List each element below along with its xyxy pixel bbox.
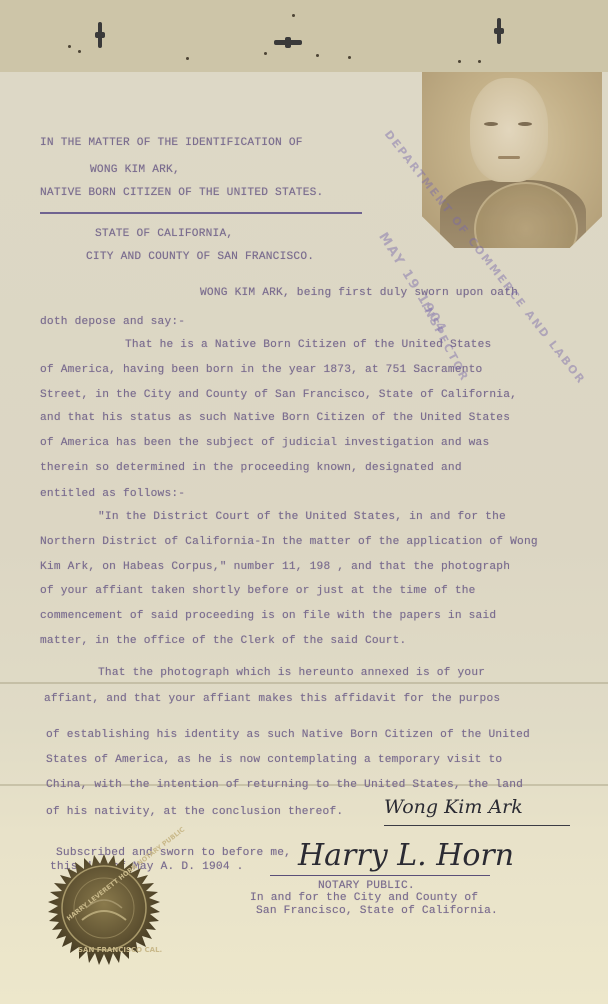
punch-hole (348, 56, 351, 59)
fastener-left-icon (98, 22, 102, 48)
body-line: Street, in the City and County of San Fr… (40, 389, 517, 401)
punch-hole (292, 14, 295, 17)
photo-eye (518, 122, 532, 126)
body-line: therein so determined in the proceeding … (40, 462, 462, 474)
caption-underline (40, 212, 362, 214)
body-line: commencement of said proceeding is on fi… (40, 610, 496, 622)
body-line: doth depose and say:- (40, 316, 185, 328)
notary-signature: Harry L. Horn (298, 838, 514, 873)
venue-line-2: CITY AND COUNTY OF SAN FRANCISCO. (86, 251, 314, 263)
photo-head (470, 78, 548, 182)
caption-line-1: IN THE MATTER OF THE IDENTIFICATION OF (40, 137, 303, 149)
binding-strip (0, 0, 608, 73)
body-line: entitled as follows:- (40, 488, 185, 500)
notary-title: NOTARY PUBLIC. (318, 880, 415, 892)
notary-signature-line (270, 875, 490, 876)
photo-mouth (498, 156, 520, 159)
body-line: China, with the intention of returning t… (46, 779, 523, 791)
seal-bottom-text: SAN FRANCISCO CAL. (78, 946, 162, 954)
caption-line-2: WONG KIM ARK, (90, 164, 180, 176)
caption-line-3: NATIVE BORN CITIZEN OF THE UNITED STATES… (40, 187, 323, 199)
body-line: affiant, and that your affiant makes thi… (44, 693, 500, 705)
punch-hole (78, 50, 81, 53)
punch-hole (458, 60, 461, 63)
fold-line (0, 682, 608, 684)
body-line: of America has been the subject of judic… (40, 437, 489, 449)
photo-eye (484, 122, 498, 126)
notary-line-2: San Francisco, State of California. (256, 905, 498, 917)
fastener-center-icon (274, 40, 302, 45)
notary-seal: HARRY LEVERETT HORN NOTARY PUBLIC SAN FR… (38, 842, 170, 974)
body-line: WONG KIM ARK, being first duly sworn upo… (200, 287, 518, 299)
punch-hole (316, 54, 319, 57)
body-line: and that his status as such Native Born … (40, 412, 510, 424)
notary-line-1: In and for the City and County of (250, 892, 478, 904)
punch-hole (68, 45, 71, 48)
venue-line-1: STATE OF CALIFORNIA, (95, 228, 233, 240)
punch-hole (478, 60, 481, 63)
body-line: of your affiant taken shortly before or … (40, 585, 476, 597)
seal-starburst-icon (38, 842, 170, 974)
body-line: Northern District of California-In the m… (40, 536, 538, 548)
affiant-signature: Wong Kim Ark (384, 796, 523, 818)
punch-hole (186, 57, 189, 60)
body-line: That the photograph which is hereunto an… (98, 667, 485, 679)
punch-hole (264, 52, 267, 55)
body-line: of his nativity, at the conclusion there… (46, 806, 343, 818)
body-line: matter, in the office of the Clerk of th… (40, 635, 406, 647)
body-line: of establishing his identity as such Nat… (46, 729, 530, 741)
fastener-right-icon (497, 18, 501, 44)
body-line: "In the District Court of the United Sta… (98, 511, 506, 523)
signature-line (384, 825, 570, 826)
body-line: States of America, as he is now contempl… (46, 754, 502, 766)
body-line: Kim Ark, on Habeas Corpus," number 11, 1… (40, 561, 510, 573)
body-line: of America, having been born in the year… (40, 364, 482, 376)
